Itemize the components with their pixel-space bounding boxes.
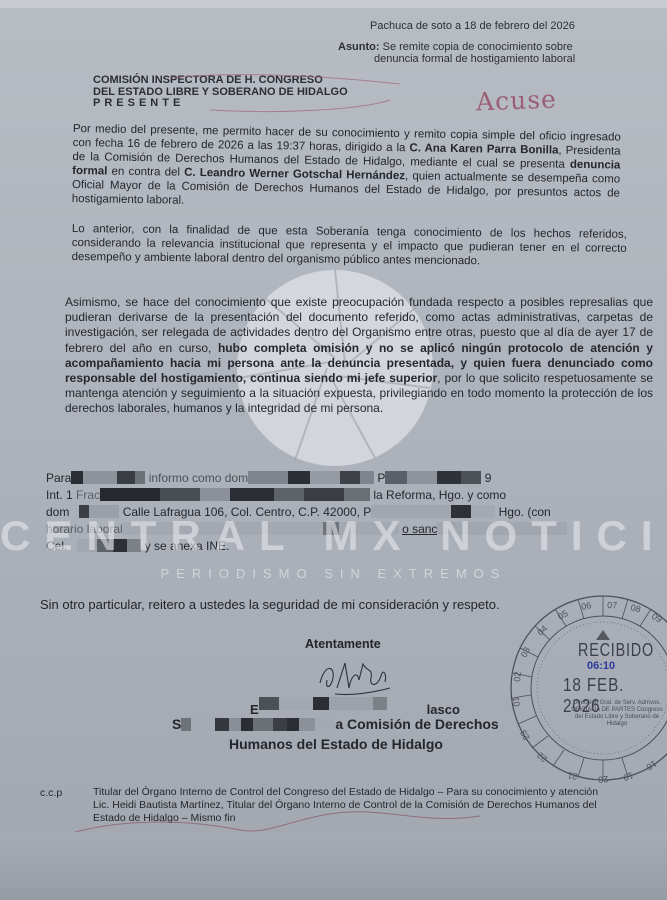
- text: S: [172, 716, 181, 732]
- text: la Reforma, Hgo. y como: [373, 488, 506, 502]
- paragraph-intro: Por medio del presente, me permito hacer…: [72, 122, 621, 215]
- handwritten-pen-stroke: [70, 790, 490, 835]
- stamp-office-text: Dirección Gral. de Serv. Admvos. OFICIAL…: [567, 700, 667, 728]
- svg-text:02: 02: [512, 671, 523, 682]
- background-surface: [0, 832, 667, 900]
- svg-text:06: 06: [580, 600, 592, 612]
- text: lasco: [427, 702, 460, 717]
- redacted-line-1: Para informo como dom P 9: [46, 470, 661, 487]
- svg-text:09: 09: [650, 611, 664, 625]
- text: en contra del: [107, 166, 184, 179]
- text: 9: [485, 471, 492, 485]
- svg-text:05: 05: [556, 608, 570, 622]
- redacted-line-2: Int. 1 Frac la Reforma, Hgo. y como: [46, 487, 661, 504]
- document-date: Pachuca de soto a 18 de febrero del 2026: [370, 20, 575, 32]
- svg-text:04: 04: [535, 623, 549, 637]
- handwritten-circle-mark: [160, 70, 420, 115]
- watermark-tagline: PERIODISMO SIN EXTREMOS: [0, 566, 667, 581]
- text: E: [250, 702, 259, 717]
- svg-text:07: 07: [607, 600, 618, 611]
- signer-title-line2: Humanos del Estado de Hidalgo: [229, 736, 443, 752]
- handwritten-signature: [315, 658, 395, 698]
- bold-text: C. Ana Karen Parra Bonilla: [409, 142, 558, 156]
- subject-text-line1: Se remite copia de conocimiento sobre: [383, 41, 573, 53]
- paragraph-concern: Asimismo, se hace del conocimiento que e…: [65, 295, 653, 417]
- svg-text:19: 19: [622, 770, 635, 783]
- text: Int. 1: [46, 488, 73, 502]
- subject-block: Asunto: Se remite copia de conocimiento …: [338, 41, 606, 65]
- subject-label: Asunto:: [338, 41, 380, 53]
- svg-text:21: 21: [567, 770, 579, 782]
- svg-text:08: 08: [629, 602, 641, 614]
- text: Para: [46, 471, 71, 485]
- subject-text-line2: denuncia formal de hostigamiento laboral: [338, 53, 606, 65]
- signer-title-line1: Sa Comisión de Derechos: [172, 716, 499, 732]
- ccp-label: c.c.p: [40, 787, 62, 799]
- watermark-brand: CENTRAL MX NOTICIAS: [0, 512, 667, 560]
- signer-name: Elasco: [250, 697, 460, 717]
- stamp-handwritten-time: 06:10: [587, 660, 615, 672]
- svg-text:20: 20: [598, 774, 609, 785]
- handwritten-acuse-note: Acuse: [476, 85, 558, 117]
- text: Frac: [76, 488, 100, 502]
- atentamente-label: Atentamente: [305, 637, 381, 651]
- text: P: [377, 471, 385, 485]
- paragraph-purpose: Lo anterior, con la finalidad de que est…: [72, 222, 627, 270]
- bold-text: C. Leandro Werner Gotschal Hernández: [184, 167, 405, 182]
- stamp-received-label: RECIBIDO: [578, 640, 654, 661]
- text: informo como dom: [149, 471, 248, 485]
- text: a Comisión de Derechos: [335, 716, 498, 732]
- svg-text:01: 01: [510, 696, 522, 708]
- closing-sentence: Sin otro particular, reitero a ustedes l…: [40, 597, 500, 612]
- svg-text:23: 23: [518, 728, 532, 742]
- svg-text:18: 18: [645, 758, 659, 772]
